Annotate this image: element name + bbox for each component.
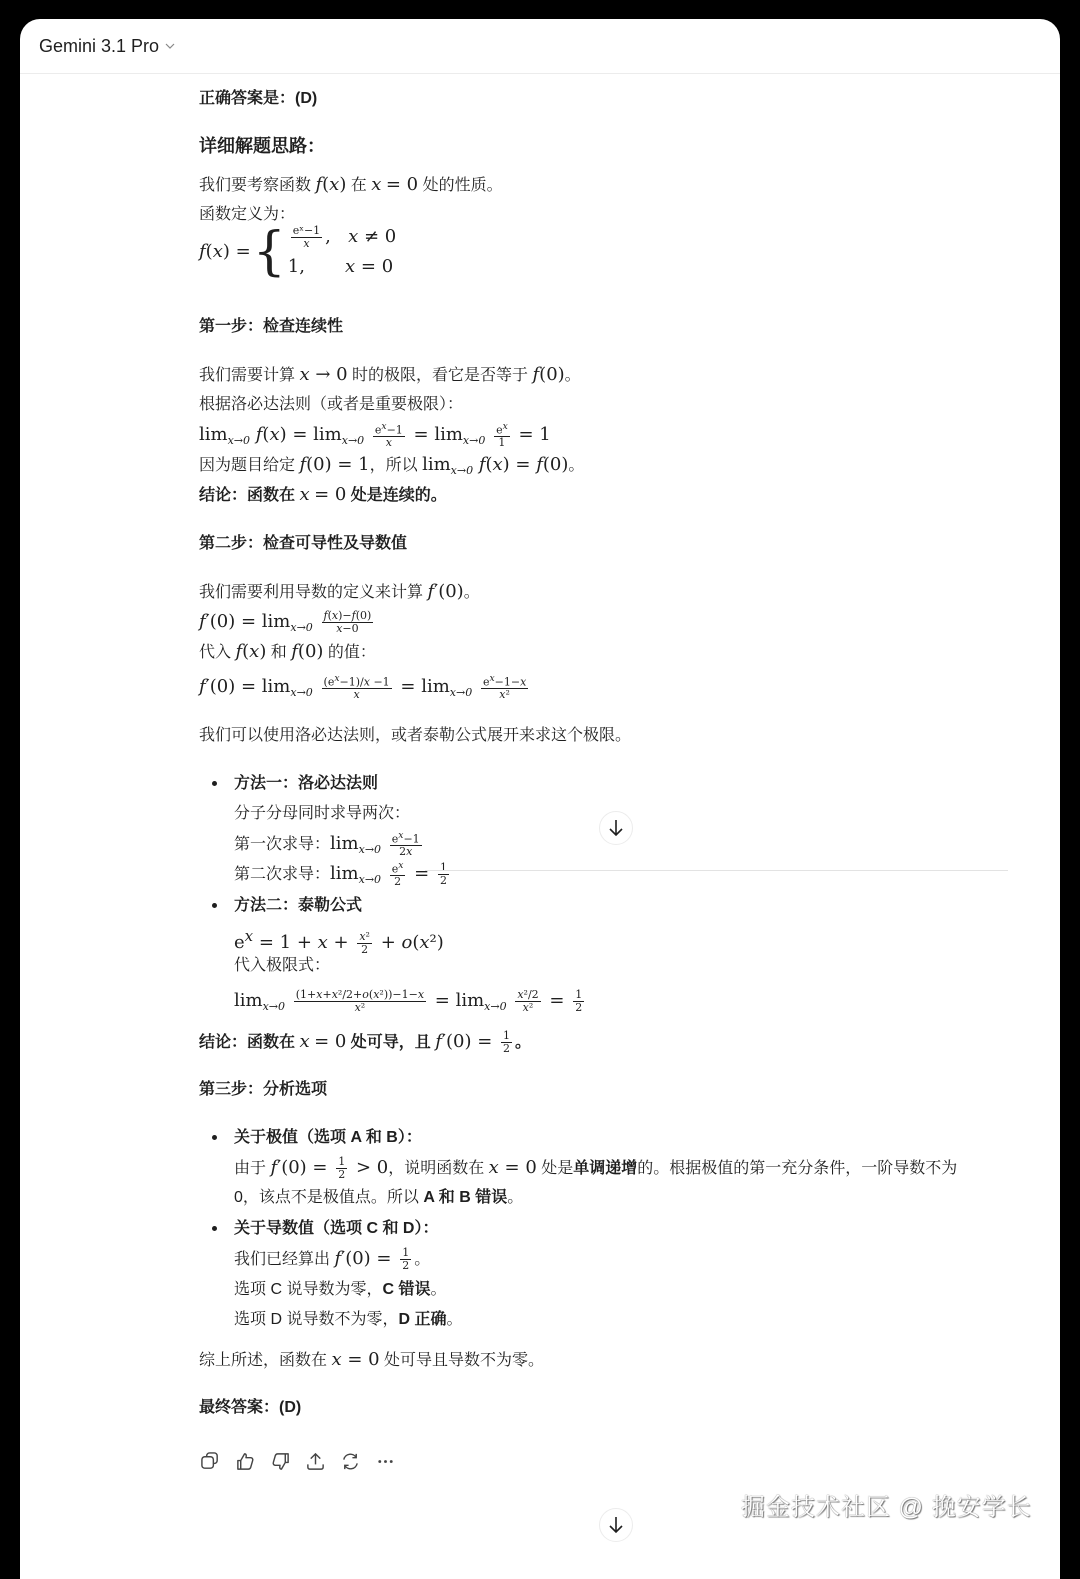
- step2-line3: 代入 f(x) 和 f(0) 的值：: [199, 637, 376, 668]
- step1-heading: 第一步：检查连续性: [199, 312, 343, 342]
- step2-heading: 第二步：检查可导性及导数值: [199, 529, 407, 559]
- step2-line5: 我们可以使用洛必达法则，或者泰勒公式展开来求这个极限。: [199, 721, 631, 751]
- method2-line2: 代入极限式：: [234, 951, 330, 981]
- arrow-down-icon: [608, 819, 624, 837]
- arrow-down-icon: [608, 1516, 624, 1534]
- piecewise-definition: f(x) = { eˣ−1x, x ≠ 0 1, x = 0: [199, 222, 396, 282]
- scroll-down-button-bottom[interactable]: [599, 1508, 633, 1542]
- thumbs-up-icon[interactable]: [235, 1451, 256, 1472]
- extrema-line1: 由于 f′(0) = 12 > 0，说明函数在 x = 0 处是单调递增的。根据…: [234, 1153, 957, 1184]
- bullet: [212, 1135, 217, 1140]
- step1-conclusion: 结论：函数在 x = 0 处是连续的。: [199, 480, 447, 511]
- method1-second-derivative: 第二次求导：limx→0 ex2 = 12: [234, 859, 452, 895]
- more-icon[interactable]: [375, 1451, 396, 1472]
- response-actions: [200, 1451, 396, 1472]
- derivative-value-title: 关于导数值（选项 C 和 D）：: [234, 1214, 438, 1244]
- derivative-value-line1: 我们已经算出 f′(0) = 12。: [234, 1244, 430, 1275]
- model-name: Gemini 3.1 Pro: [39, 36, 159, 57]
- copy-icon[interactable]: [200, 1451, 221, 1472]
- bullet: [212, 1226, 217, 1231]
- watermark: 掘金技术社区 @ 挽安学长: [741, 1487, 1032, 1522]
- thumbs-down-icon[interactable]: [270, 1451, 291, 1472]
- derivative-substituted: f′(0) = limx→0 (ex−1)/x −1x = limx→0 ex−…: [199, 672, 531, 708]
- bullet: [212, 903, 217, 908]
- bullet: [212, 781, 217, 786]
- taylor-limit: limx→0 (1+x+x²/2+o(x²))−1−xx² = limx→0 x…: [234, 986, 587, 1022]
- chevron-down-icon: [165, 41, 175, 51]
- top-bar: Gemini 3.1 Pro: [20, 19, 1060, 74]
- model-selector[interactable]: Gemini 3.1 Pro: [39, 36, 175, 57]
- step2-conclusion: 结论：函数在 x = 0 处可导，且 f′(0) = 12。: [199, 1027, 531, 1058]
- option-d-line: 选项 D 说导数不为零，D 正确。: [234, 1305, 462, 1335]
- extrema-line2: 0，该点不是极值点。所以 A 和 B 错误。: [234, 1183, 523, 1213]
- extrema-title: 关于极值（选项 A 和 B）：: [234, 1123, 422, 1153]
- correct-answer: 正确答案是：(D): [199, 84, 317, 114]
- final-answer: 最终答案：(D): [199, 1393, 301, 1423]
- chat-window: Gemini 3.1 Pro 正确答案是：(D) 详细解题思路： 我们要考察函数…: [20, 19, 1060, 1566]
- step2-line1: 我们需要利用导数的定义来计算 f′(0)。: [199, 577, 480, 608]
- detail-heading: 详细解题思路：: [199, 131, 325, 161]
- intro-text: 我们要考察函数 f(x) 在 x = 0 处的性质。: [199, 170, 503, 201]
- method1-title: 方法一：洛必达法则: [234, 769, 378, 799]
- option-c-line: 选项 C 说导数为零，C 错误。: [234, 1275, 446, 1305]
- divider: [425, 870, 1008, 871]
- method1-line1: 分子分母同时求导两次：: [234, 799, 410, 829]
- summary: 综上所述，函数在 x = 0 处可导且导数不为零。: [199, 1345, 544, 1376]
- scroll-down-button[interactable]: [599, 811, 633, 845]
- step1-line1: 我们需要计算 x → 0 时的极限，看它是否等于 f(0)。: [199, 360, 581, 391]
- step3-heading: 第三步：分析选项: [199, 1075, 327, 1105]
- regenerate-icon[interactable]: [340, 1451, 361, 1472]
- method2-title: 方法二：泰勒公式: [234, 891, 362, 921]
- share-icon[interactable]: [305, 1451, 326, 1472]
- step1-line2: 根据洛必达法则（或者是重要极限）：: [199, 390, 463, 420]
